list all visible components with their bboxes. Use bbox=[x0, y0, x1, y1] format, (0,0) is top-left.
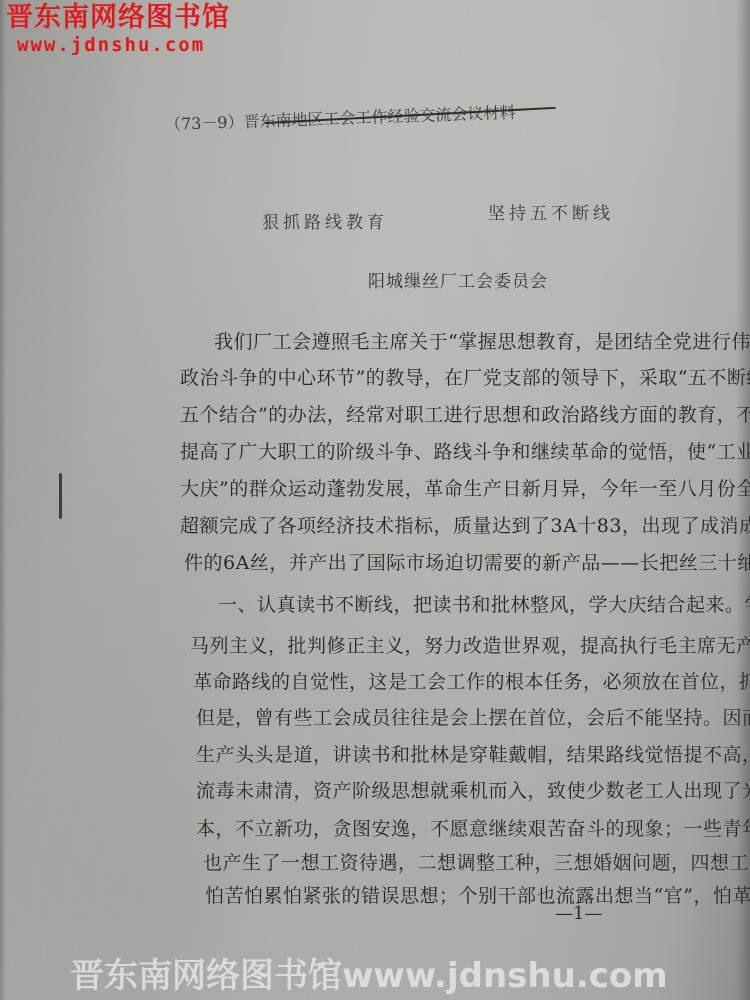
watermark-top-url: www.jdnshu.com bbox=[17, 34, 205, 56]
body-line: 我们厂工会遵照毛主席关于“掌握思想教育，是团结全党进行伟大 bbox=[214, 330, 750, 354]
body-line: 马列主义，批判修正主义，努力改造世界观，提高执行毛主席无产阶级 bbox=[190, 634, 750, 658]
staple bbox=[59, 473, 62, 519]
document-title-right: 坚持五不断线 bbox=[488, 199, 614, 224]
watermark-bottom: 晋东南网络图书馆www.jdnshu.com bbox=[70, 956, 668, 996]
page-number: —1— bbox=[555, 903, 602, 924]
watermark-top-title: 晋东南网络图书馆 bbox=[6, 2, 230, 34]
body-line: 但是，曾有些工会成员往往是会上摆在首位，会后不能坚持。因而，讲 bbox=[196, 706, 750, 730]
body-line: 超额完成了各项经济技术指标，质量达到了3A十83，出现了成消成 bbox=[180, 514, 750, 538]
body-line: 件的6A丝，并产出了国际市场迫切需要的新产品——长把丝三十䌷。 bbox=[184, 551, 750, 575]
document-header: （73－9）晋东南地区工会工作经验交流会议材料 bbox=[165, 100, 516, 135]
body-line: 政治斗争的中心环节”的教导，在厂党支部的领导下，采取“五不断线、 bbox=[180, 366, 750, 390]
body-line: 一、认真读书不断线，把读书和批林整风，学大庆结合起来。学习 bbox=[218, 593, 750, 617]
body-line: 大庆”的群众运动蓬勃发展，革命生产日新月异，今年一至八月份全面 bbox=[180, 477, 750, 501]
body-line: 生产头头是道，讲读书和批林是穿鞋戴帽，结果路线觉悟提不高，林贼 bbox=[196, 743, 750, 767]
body-line: 革命路线的自觉性，这是工会工作的根本任务，必须放在首位，抓到底。 bbox=[193, 670, 750, 694]
body-line: 怕苦怕累怕紧张的错误思想；个别干部也流露出想当“官”，怕革命， bbox=[205, 884, 750, 908]
body-line: 本，不立新功，贪图安逸，不愿意继续艰苦奋斗的现象；一些青年工人 bbox=[196, 817, 750, 841]
paper-left-edge bbox=[0, 0, 6, 1000]
body-line: 提高了广大职工的阶级斗争、路线斗争和继续革命的觉悟，使“工业学 bbox=[180, 440, 750, 464]
body-line: 五个结合”的办法，经常对职工进行思想和政治路线方面的教育，不断提 bbox=[180, 403, 750, 427]
document-author: 阳城缫丝厂工会委员会 bbox=[368, 267, 548, 292]
body-line: 也产生了一想工资待遇，二想调整工种，三想婚姻问题，四想工作调动； bbox=[203, 851, 750, 875]
document-title-left: 狠抓路线教育 bbox=[262, 208, 388, 233]
body-line: 流毒未肃清，资产阶级思想就乘机而入，致使少数老工人出现了光吃老 bbox=[196, 779, 750, 803]
